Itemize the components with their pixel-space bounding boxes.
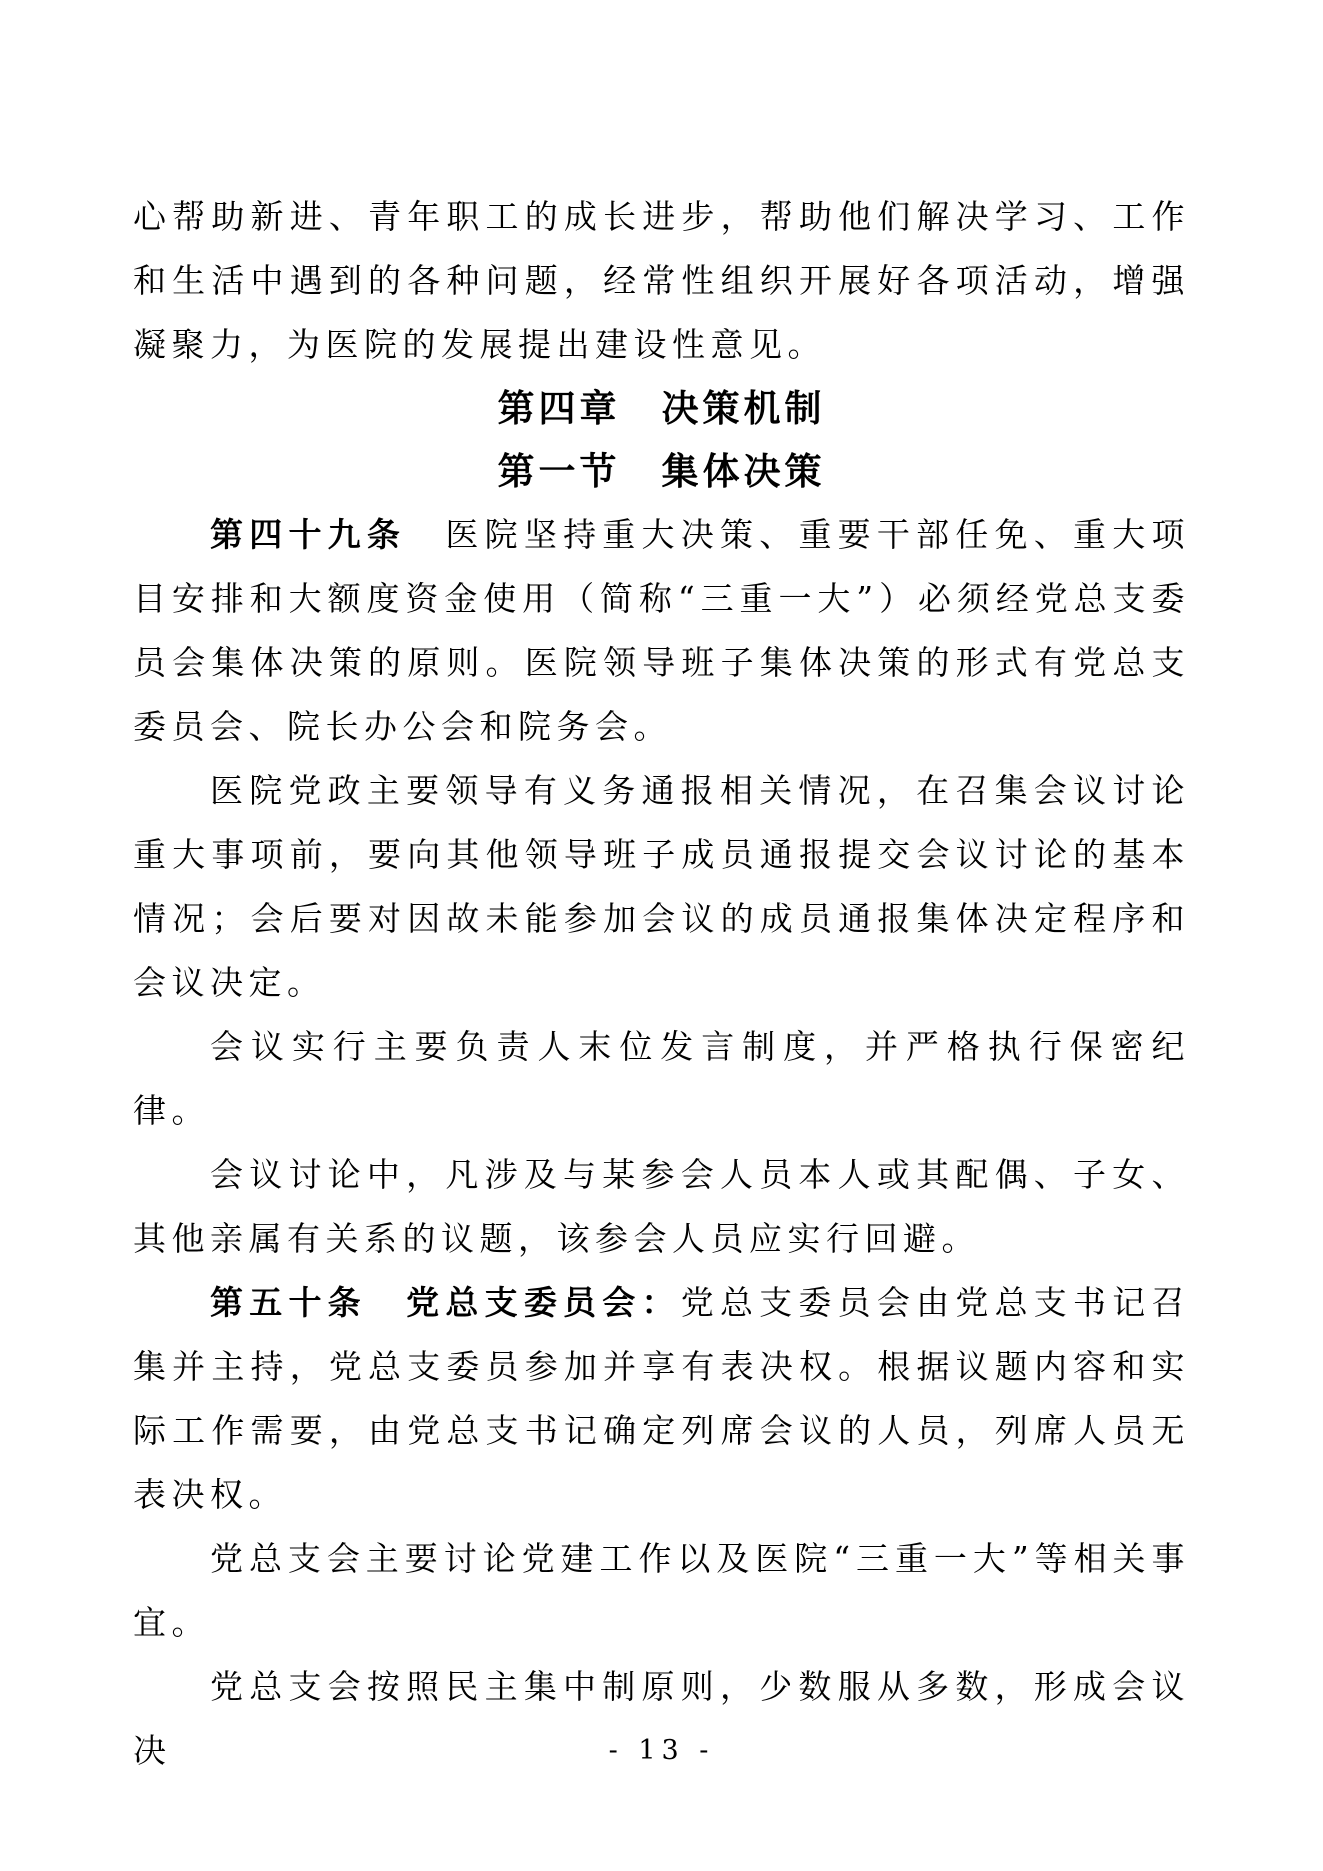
article-49-label: 第四十九条 [210, 515, 406, 554]
section-heading-text: 第一节 集体决策 [498, 450, 826, 493]
paragraph-text: 会议实行主要负责人末位发言制度，并严格执行保密纪律。 [133, 1027, 1190, 1130]
paragraph: 党总支会主要讨论党建工作以及医院“三重一大”等相关事宜。 [133, 1527, 1190, 1655]
paragraph-article-50: 第五十条 党总支委员会：党总支委员会由党总支书记召集并主持，党总支委员参加并享有… [133, 1271, 1190, 1527]
document-page: 心帮助新进、青年职工的成长进步，帮助他们解决学习、工作和生活中遇到的各种问题，经… [0, 0, 1323, 1871]
paragraph: 会议实行主要负责人末位发言制度，并严格执行保密纪律。 [133, 1015, 1190, 1143]
paragraph: 会议讨论中，凡涉及与某参会人员本人或其配偶、子女、其他亲属有关系的议题，该参会人… [133, 1143, 1190, 1271]
chapter-heading: 第四章 决策机制 [133, 377, 1190, 440]
chapter-heading-text: 第四章 决策机制 [498, 387, 826, 430]
paragraph: 医院党政主要领导有义务通报相关情况，在召集会议讨论重大事项前，要向其他领导班子成… [133, 759, 1190, 1015]
paragraph-text: 医院党政主要领导有义务通报相关情况，在召集会议讨论重大事项前，要向其他领导班子成… [133, 771, 1190, 1002]
paragraph-text: 心帮助新进、青年职工的成长进步，帮助他们解决学习、工作和生活中遇到的各种问题，经… [133, 197, 1190, 364]
paragraph-text: 党总支会主要讨论党建工作以及医院“三重一大”等相关事宜。 [133, 1539, 1190, 1642]
page-number: - 13 - [0, 1736, 1323, 1766]
paragraph-continuation: 心帮助新进、青年职工的成长进步，帮助他们解决学习、工作和生活中遇到的各种问题，经… [133, 185, 1190, 377]
article-50-label: 第五十条 党总支委员会： [210, 1283, 681, 1322]
section-heading: 第一节 集体决策 [133, 440, 1190, 503]
paragraph-text: 会议讨论中，凡涉及与某参会人员本人或其配偶、子女、其他亲属有关系的议题，该参会人… [133, 1155, 1190, 1258]
document-body: 心帮助新进、青年职工的成长进步，帮助他们解决学习、工作和生活中遇到的各种问题，经… [0, 0, 1323, 1783]
paragraph-article-49: 第四十九条 医院坚持重大决策、重要干部任免、重大项目安排和大额度资金使用（简称“… [133, 503, 1190, 759]
